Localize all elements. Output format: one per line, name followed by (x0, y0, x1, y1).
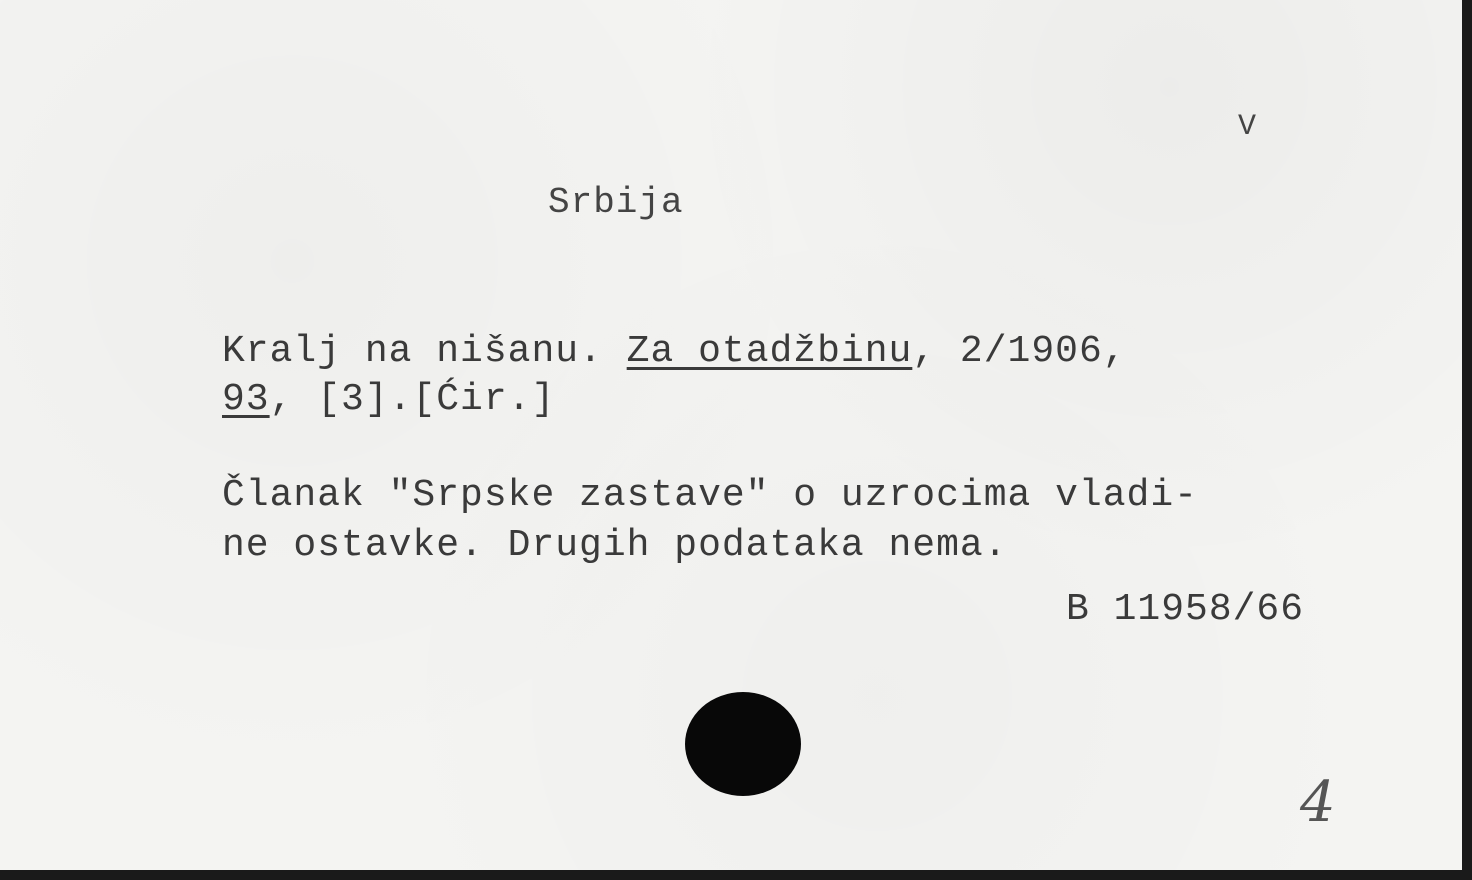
handwritten-mark: 4 (1300, 770, 1336, 835)
annotation-line-1: Članak "Srpske zastave" o uzrocima vladi… (222, 474, 1198, 517)
card-heading: Srbija (548, 182, 684, 223)
citation-issue: , 2/1906, (912, 330, 1126, 373)
section-mark: V (1238, 110, 1257, 144)
citation-line-2: 93, [3].[Ćir.] (222, 378, 555, 421)
citation-bracket-note: , [3].[Ćir.] (270, 378, 556, 421)
call-number: B 11958/66 (1066, 588, 1304, 631)
annotation-line-2: ne ostavke. Drugih podataka nema. (222, 524, 1008, 567)
citation-line-1: Kralj na nišanu. Za otadžbinu, 2/1906, (222, 330, 1127, 373)
punch-hole (685, 692, 801, 796)
citation-title: Kralj na nišanu. (222, 330, 603, 373)
catalog-card: Srbija V Kralj na nišanu. Za otadžbinu, … (0, 0, 1462, 870)
citation-source: Za otadžbinu (627, 330, 913, 373)
citation-page: 93 (222, 378, 270, 421)
